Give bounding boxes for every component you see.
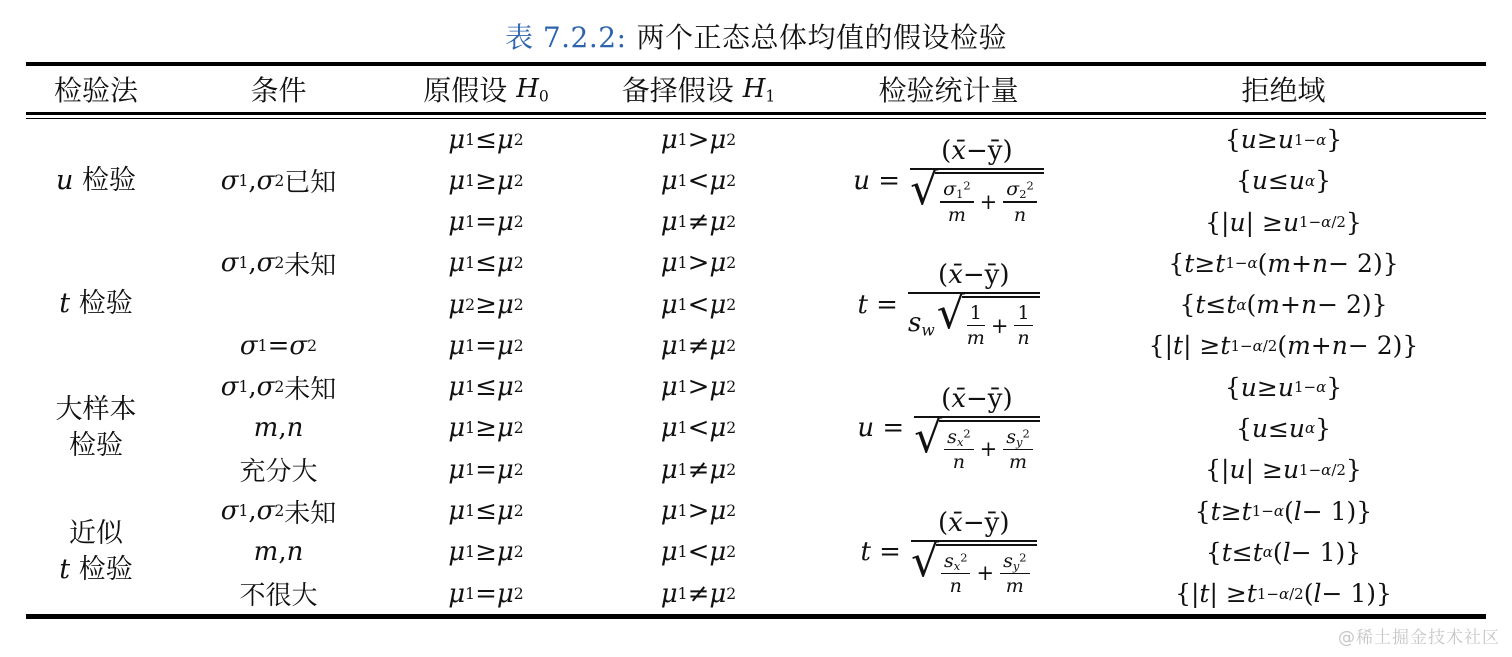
condition-cell: σ1, σ2 已知 — [166, 119, 391, 243]
method-cell: 大样本 检验 — [26, 367, 166, 491]
sub-fraction: 1 n — [1014, 302, 1032, 350]
condition-cell: σ1, σ2 未知 m, n 充分大 — [166, 367, 391, 491]
condition-line: 充分大 — [166, 449, 391, 490]
condition-line: σ1 = σ2 — [166, 325, 391, 366]
sub-fraction: sy2 m — [1003, 426, 1032, 474]
method-cell: u 检验 — [26, 119, 166, 243]
sub-fraction: 1 m — [967, 302, 985, 350]
header-null-symbol: H0 — [516, 74, 549, 104]
statistic-lhs: t = — [860, 537, 901, 567]
h0-value: μ1 = μ2 — [391, 449, 581, 490]
condition-line: σ1, σ2 未知 — [166, 243, 391, 284]
sub-fraction: sx2 n — [941, 550, 970, 598]
rejection-value: {u ≥ u1−α} — [1081, 119, 1486, 160]
condition-cell: σ1, σ2 未知 m, n 不很大 — [166, 490, 391, 614]
sqrt-expression: √ 1 m + 1 n — [937, 296, 1040, 350]
condition-line: σ1, σ2 未知 — [166, 490, 391, 531]
h1-value: μ1 ≠ μ2 — [581, 573, 816, 614]
header-method: 检验法 — [26, 66, 166, 112]
h1-value: μ1 < μ2 — [581, 160, 816, 201]
rejection-value: {|u| ≥ u1−α/2} — [1081, 449, 1486, 490]
condition-line: m, n — [166, 408, 391, 449]
alt-hypothesis-cell: μ1 > μ2 μ1 < μ2 μ1 ≠ μ2 — [581, 119, 816, 243]
header-rule — [26, 112, 1486, 115]
header-statistic: 检验统计量 — [816, 66, 1081, 112]
sub-frac-bottom: m — [1009, 450, 1027, 473]
alt-hypothesis-cell: μ1 > μ2 μ1 < μ2 μ1 ≠ μ2 — [581, 367, 816, 491]
rejection-value: {t ≤ tα(m + n − 2)} — [1081, 284, 1486, 325]
h1-value: μ1 ≠ μ2 — [581, 449, 816, 490]
radical-sign: √ — [937, 296, 965, 332]
null-hypothesis-cell: μ1 ≤ μ2 μ2 ≥ μ2 μ1 = μ2 — [391, 243, 581, 367]
condition-cell: σ1, σ2 未知 σ1 = σ2 — [166, 243, 391, 367]
statistic-fraction: (x̄−ȳ) √ sx2 n + sy2 — [914, 384, 1040, 474]
h0-value: μ1 = μ2 — [391, 325, 581, 366]
h0-value: μ1 ≥ μ2 — [391, 408, 581, 449]
sub-frac-top: 1 — [967, 302, 985, 325]
h1-value: μ1 > μ2 — [581, 490, 816, 531]
statistic-fraction: (x̄−ȳ) √ σ12 m + σ22 — [910, 136, 1044, 226]
condition-line: m, n — [166, 532, 391, 573]
statistic-lhs: u = — [853, 166, 900, 196]
sub-frac-top: σ22 — [1003, 178, 1036, 201]
fraction-denominator: √ sx2 n + sy2 m — [911, 542, 1037, 598]
alt-hypothesis-cell: μ1 > μ2 μ1 < μ2 μ1 ≠ μ2 — [581, 490, 816, 614]
statistic-lhs: u = — [857, 413, 904, 443]
rejection-value: {|t| ≥ t1−α/2(m + n − 2)} — [1081, 325, 1486, 366]
plus-sign: + — [980, 437, 998, 461]
condition-line — [166, 284, 391, 325]
sub-frac-top: sx2 — [944, 426, 973, 449]
plus-sign: + — [991, 314, 1009, 338]
sub-frac-bottom: n — [1017, 326, 1029, 349]
radicand: sx2 n + sy2 m — [936, 544, 1037, 598]
sub-frac-bottom: n — [1014, 203, 1026, 226]
h1-value: μ1 > μ2 — [581, 243, 816, 284]
rejection-cell: {t ≥ t1−α(l − 1)} {t ≤ tα(l − 1)} {|t| ≥… — [1081, 490, 1486, 614]
condition-line: σ1, σ2 已知 — [166, 119, 391, 243]
watermark: @稀土掘金技术社区 — [1338, 623, 1500, 648]
h0-value: μ1 ≤ μ2 — [391, 119, 581, 160]
rejection-cell: {t ≥ t1−α(m + n − 2)} {t ≤ tα(m + n − 2)… — [1081, 243, 1486, 367]
h0-value: μ1 ≤ μ2 — [391, 243, 581, 284]
method-name: 近似 — [69, 516, 123, 552]
statistic-fraction: (x̄−ȳ) √ sx2 n + sy2 — [911, 508, 1037, 598]
rejection-value: {t ≥ t1−α(m + n − 2)} — [1081, 243, 1486, 284]
statistic-lhs: t = — [857, 290, 898, 320]
statistic-cell: u = (x̄−ȳ) √ σ12 m + — [816, 119, 1081, 243]
alt-hypothesis-cell: μ1 > μ2 μ1 < μ2 μ1 ≠ μ2 — [581, 243, 816, 367]
null-hypothesis-cell: μ1 ≤ μ2 μ1 ≥ μ2 μ1 = μ2 — [391, 367, 581, 491]
sub-frac-bottom: n — [953, 450, 965, 473]
h0-value: μ1 ≤ μ2 — [391, 367, 581, 408]
plus-sign: + — [976, 561, 994, 585]
h1-value: μ1 ≠ μ2 — [581, 202, 816, 243]
method-name: t 检验 — [59, 286, 132, 322]
test-block-u: u 检验 σ1, σ2 已知 μ1 ≤ μ2 μ1 ≥ μ2 μ1 = μ2 μ… — [26, 119, 1486, 243]
header-rejection-region: 拒绝域 — [1081, 66, 1486, 112]
h0-value: μ1 ≥ μ2 — [391, 532, 581, 573]
sub-fraction: sy2 m — [1000, 550, 1029, 598]
rejection-value: {u ≥ u1−α} — [1081, 367, 1486, 408]
sub-frac-bottom: n — [950, 574, 962, 597]
test-block-large-sample: 大样本 检验 σ1, σ2 未知 m, n 充分大 μ1 ≤ μ2 μ1 ≥ μ… — [26, 367, 1486, 491]
hypothesis-test-table: 检验法 条件 原假设 H0 备择假设 H1 检验统计量 拒绝域 u 检验 σ1,… — [26, 62, 1486, 619]
table-title: 表 7.2.2:两个正态总体均值的假设检验 — [0, 0, 1512, 62]
condition-line: σ1, σ2 未知 — [166, 367, 391, 408]
denominator-prefix: sw — [908, 308, 935, 338]
statistic-cell: t = (x̄−ȳ) √ sx2 n + — [816, 490, 1081, 614]
h0-value: μ2 ≥ μ2 — [391, 284, 581, 325]
rejection-value: {|u| ≥ u1−α/2} — [1081, 202, 1486, 243]
sub-frac-top: sy2 — [1000, 550, 1029, 573]
test-block-t: t 检验 σ1, σ2 未知 σ1 = σ2 μ1 ≤ μ2 μ2 ≥ μ2 μ… — [26, 243, 1486, 367]
h1-value: μ1 > μ2 — [581, 119, 816, 160]
statistic-cell: u = (x̄−ȳ) √ sx2 n + — [816, 367, 1081, 491]
bottom-rule — [26, 614, 1486, 619]
h1-value: μ1 < μ2 — [581, 408, 816, 449]
rejection-cell: {u ≥ u1−α} {u ≤ uα} {|u| ≥ u1−α/2} — [1081, 367, 1486, 491]
null-hypothesis-cell: μ1 ≤ μ2 μ1 ≥ μ2 μ1 = μ2 — [391, 490, 581, 614]
h0-value: μ1 ≥ μ2 — [391, 160, 581, 201]
radicand: 1 m + 1 n — [962, 296, 1040, 350]
rejection-cell: {u ≥ u1−α} {u ≤ uα} {|u| ≥ u1−α/2} — [1081, 119, 1486, 243]
header-condition: 条件 — [166, 66, 391, 112]
h1-value: μ1 < μ2 — [581, 532, 816, 573]
method-name: t 检验 — [59, 552, 132, 588]
test-block-approx-t: 近似 t 检验 σ1, σ2 未知 m, n 不很大 μ1 ≤ μ2 μ1 ≥ … — [26, 490, 1486, 614]
radicand: sx2 n + sy2 m — [939, 420, 1040, 474]
sqrt-expression: √ σ12 m + σ22 n — [910, 172, 1044, 226]
sub-frac-bottom: m — [1006, 574, 1024, 597]
sub-frac-top: σ12 — [940, 178, 973, 201]
radical-sign: √ — [914, 420, 942, 456]
header-null-hypothesis: 原假设 H0 — [391, 66, 581, 112]
sub-frac-top: sx2 — [941, 550, 970, 573]
sub-frac-top: sy2 — [1003, 426, 1032, 449]
rejection-value: {u ≤ uα} — [1081, 160, 1486, 201]
sqrt-expression: √ sx2 n + sy2 m — [914, 420, 1040, 474]
sub-frac-bottom: m — [967, 326, 985, 349]
radical-sign: √ — [911, 544, 939, 580]
sub-fraction: sx2 n — [944, 426, 973, 474]
table-caption: 两个正态总体均值的假设检验 — [637, 21, 1008, 54]
method-cell: 近似 t 检验 — [26, 490, 166, 614]
fraction-denominator: √ sx2 n + sy2 m — [914, 418, 1040, 474]
method-name: u 检验 — [56, 163, 136, 199]
header-alt-label: 备择假设 — [622, 69, 734, 109]
fraction-numerator: (x̄−ȳ) — [931, 136, 1022, 168]
rejection-value: {t ≥ t1−α(l − 1)} — [1081, 490, 1486, 531]
h0-value: μ1 = μ2 — [391, 573, 581, 614]
h1-value: μ1 ≠ μ2 — [581, 325, 816, 366]
radicand: σ12 m + σ22 n — [935, 172, 1044, 226]
fraction-denominator: sw √ 1 m + 1 — [908, 294, 1040, 350]
sub-frac-bottom: m — [948, 203, 966, 226]
header-null-label: 原假设 — [423, 69, 507, 109]
sub-fraction: σ22 n — [1003, 178, 1036, 226]
fraction-numerator: (x̄−ȳ) — [931, 384, 1022, 416]
sub-frac-top: 1 — [1014, 302, 1032, 325]
condition-line: 不很大 — [166, 573, 391, 614]
header-alt-symbol: H1 — [743, 74, 776, 104]
header-alt-hypothesis: 备择假设 H1 — [581, 66, 816, 112]
method-name: 大样本 — [56, 392, 137, 428]
rejection-value: {u ≤ uα} — [1081, 408, 1486, 449]
radical-sign: √ — [910, 172, 938, 208]
table-header-row: 检验法 条件 原假设 H0 备择假设 H1 检验统计量 拒绝域 — [26, 66, 1486, 112]
method-cell: t 检验 — [26, 243, 166, 367]
statistic-fraction: (x̄−ȳ) sw √ 1 m + — [908, 260, 1040, 350]
rejection-value: {|t| ≥ t1−α/2(l − 1)} — [1081, 573, 1486, 614]
fraction-denominator: √ σ12 m + σ22 n — [910, 170, 1044, 226]
method-name: 检验 — [69, 428, 123, 464]
rejection-value: {t ≤ tα(l − 1)} — [1081, 532, 1486, 573]
h1-value: μ1 < μ2 — [581, 284, 816, 325]
plus-sign: + — [980, 190, 998, 214]
h1-value: μ1 > μ2 — [581, 367, 816, 408]
sub-fraction: σ12 m — [940, 178, 973, 226]
h0-value: μ1 = μ2 — [391, 202, 581, 243]
fraction-numerator: (x̄−ȳ) — [928, 508, 1019, 540]
null-hypothesis-cell: μ1 ≤ μ2 μ1 ≥ μ2 μ1 = μ2 — [391, 119, 581, 243]
h0-value: μ1 ≤ μ2 — [391, 490, 581, 531]
sqrt-expression: √ sx2 n + sy2 m — [911, 544, 1037, 598]
statistic-cell: t = (x̄−ȳ) sw √ 1 m + — [816, 243, 1081, 367]
table-number: 表 7.2.2: — [505, 21, 627, 54]
